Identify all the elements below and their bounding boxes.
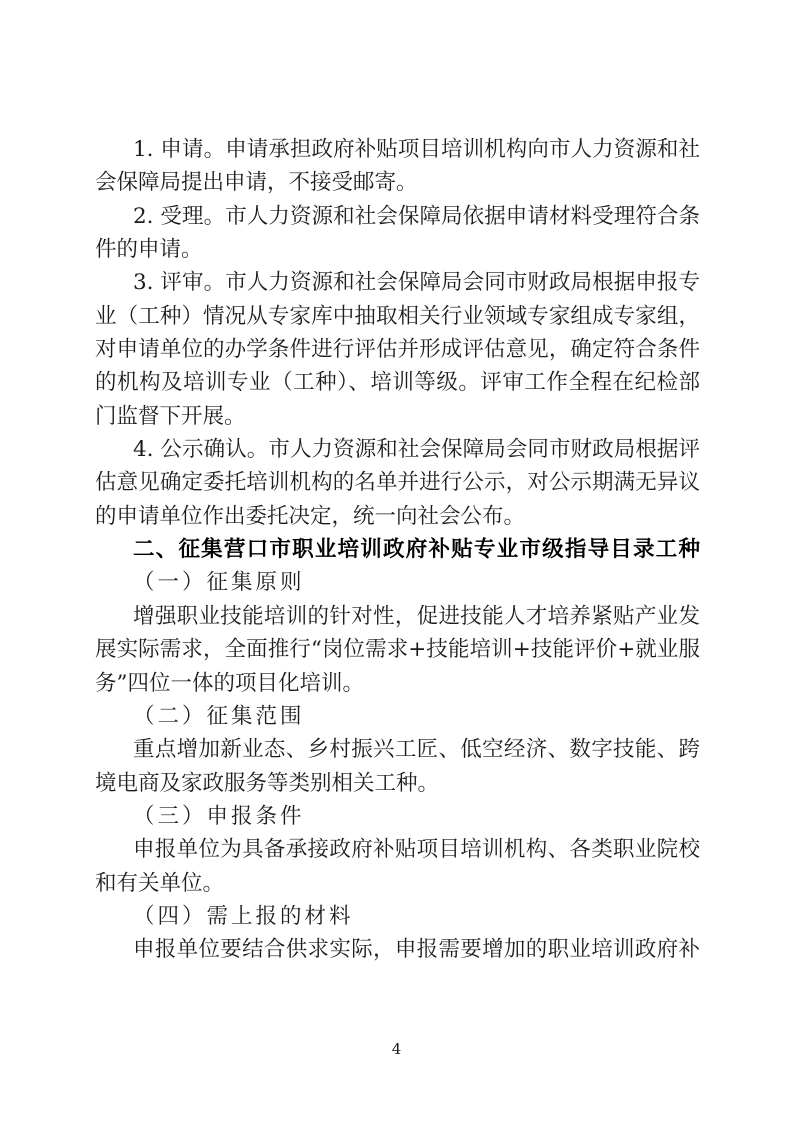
text-line: （二）征集范围 — [95, 700, 700, 733]
text-line: 1. 申请。申请承担政府补贴项目培训机构向市人力资源和社 — [95, 133, 700, 166]
text-line: 重点增加新业态、乡村振兴工匠、低空经济、数字技能、跨 — [95, 733, 700, 766]
text-line: 件的申请。 — [95, 233, 700, 266]
text-line: 申报单位为具备承接政府补贴项目培训机构、各类职业院校 — [95, 833, 700, 866]
text-line: 和有关单位。 — [95, 867, 700, 900]
text-line: 的申请单位作出委托决定，统一向社会公布。 — [95, 500, 700, 533]
page-number: 4 — [0, 1040, 793, 1058]
text-line: 申报单位要结合供求实际，申报需要增加的职业培训政府补 — [95, 933, 700, 966]
text-line: （四）需上报的材料 — [95, 900, 700, 933]
text-line: 二、征集营口市职业培训政府补贴专业市级指导目录工种 — [95, 533, 700, 566]
text-line: 4. 公示确认。市人力资源和社会保障局会同市财政局根据评 — [95, 433, 700, 466]
document-body: 1. 申请。申请承担政府补贴项目培训机构向市人力资源和社会保障局提出申请，不接受… — [95, 133, 700, 967]
text-line: 业（工种）情况从专家库中抽取相关行业领域专家组成专家组， — [95, 300, 700, 333]
text-line: 3. 评审。市人力资源和社会保障局会同市财政局根据申报专 — [95, 266, 700, 299]
text-line: 的机构及培训专业（工种）、培训等级。评审工作全程在纪检部 — [95, 366, 700, 399]
text-line: 2. 受理。市人力资源和社会保障局依据申请材料受理符合条 — [95, 200, 700, 233]
text-line: （三）申报条件 — [95, 800, 700, 833]
text-line: 对申请单位的办学条件进行评估并形成评估意见，确定符合条件 — [95, 333, 700, 366]
text-line: （一）征集原则 — [95, 566, 700, 599]
text-line: 境电商及家政服务等类别相关工种。 — [95, 767, 700, 800]
text-line: 增强职业技能培训的针对性，促进技能人才培养紧贴产业发 — [95, 600, 700, 633]
text-line: 务”四位一体的项目化培训。 — [95, 667, 700, 700]
text-line: 展实际需求，全面推行“岗位需求+技能培训+技能评价+就业服 — [95, 633, 700, 666]
text-line: 估意见确定委托培训机构的名单并进行公示，对公示期满无异议 — [95, 466, 700, 499]
document-page: 1. 申请。申请承担政府补贴项目培训机构向市人力资源和社会保障局提出申请，不接受… — [0, 0, 793, 1122]
text-line: 会保障局提出申请，不接受邮寄。 — [95, 166, 700, 199]
text-line: 门监督下开展。 — [95, 400, 700, 433]
